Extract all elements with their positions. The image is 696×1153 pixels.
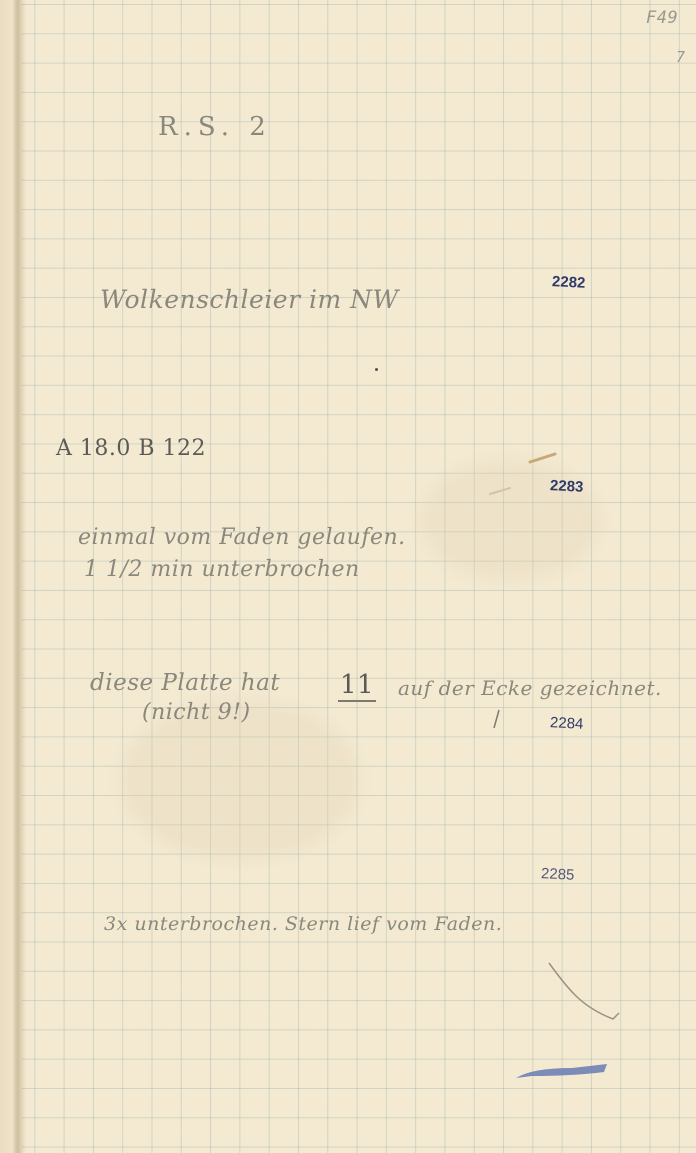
observation-note: (nicht 9!) xyxy=(142,700,251,725)
pencil-tick-mark xyxy=(492,708,502,730)
observation-note: diese Platte hat xyxy=(90,670,280,696)
corner-mark: 7 xyxy=(676,48,686,66)
plate-number: 2284 xyxy=(550,714,584,733)
pencil-stroke-mark xyxy=(480,452,560,497)
page-number: F49 xyxy=(646,8,678,28)
plate-number: 2283 xyxy=(550,477,584,496)
plate-number: 2282 xyxy=(552,273,586,292)
plate-readings: A 18.0 B 122 xyxy=(56,436,206,461)
observation-note: auf der Ecke gezeichnet. xyxy=(398,676,662,700)
underlined-count: 11 xyxy=(338,670,376,702)
observation-note: einmal vom Faden gelaufen. xyxy=(78,525,406,550)
plate-number: 2285 xyxy=(541,865,575,884)
blue-crayon-stroke xyxy=(512,1060,612,1085)
page-heading: R.S. 2 xyxy=(158,112,272,142)
observation-note: 3x unterbrochen. Stern lief vom Faden. xyxy=(104,913,502,935)
pencil-curve-mark xyxy=(545,955,620,1025)
ink-dot xyxy=(375,368,378,371)
page-binding-edge xyxy=(0,0,22,1153)
observation-note: Wolkenschleier im NW xyxy=(100,285,399,314)
observation-note: 1 1/2 min unterbrochen xyxy=(84,557,360,582)
notebook-page: F49 7 R.S. 2 2282 Wolkenschleier im NW A… xyxy=(0,0,696,1153)
